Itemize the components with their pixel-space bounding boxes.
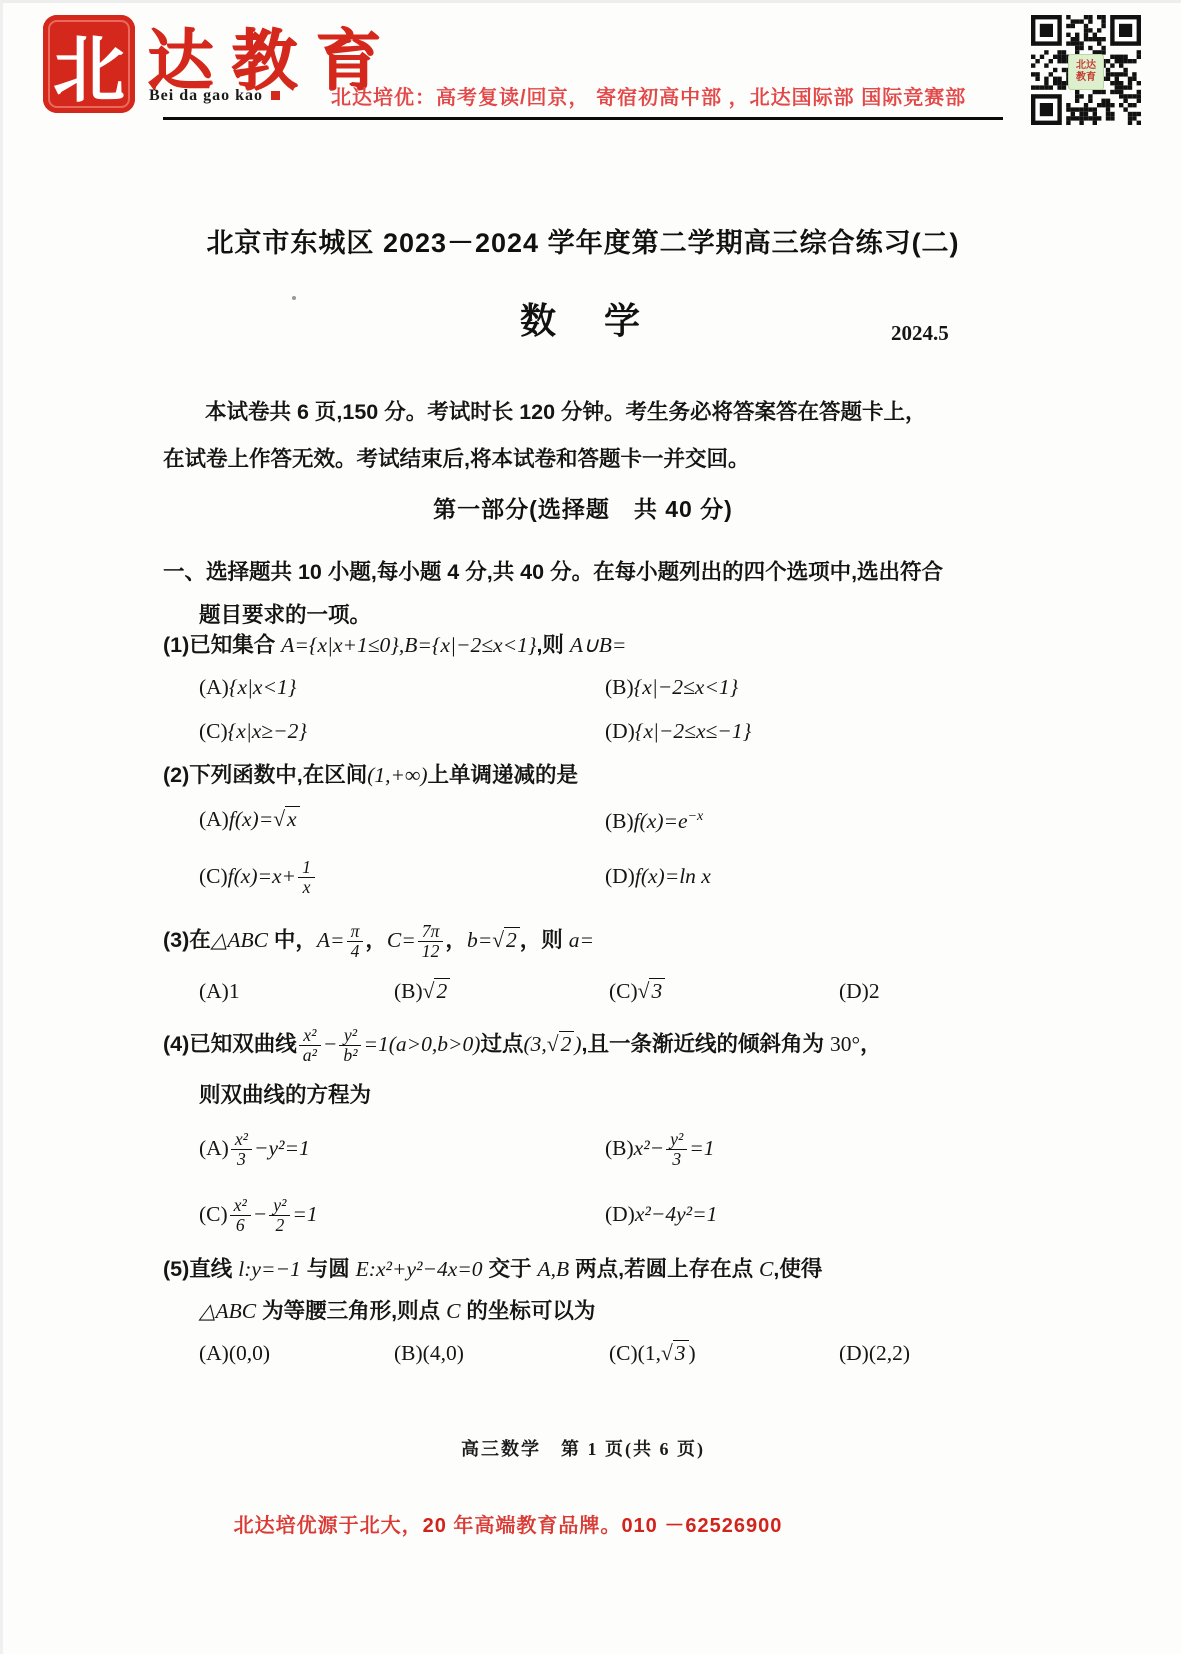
option-label: (D) [839, 979, 869, 1003]
question-5-option-A: (A)(0,0) [199, 1333, 394, 1373]
option-label: (D) [839, 1341, 869, 1365]
fraction: 1x [298, 858, 315, 898]
option-label: (C) [199, 719, 228, 743]
header-slogan: 北达培优：高考复读/回京， 寄宿初高中部 ，北达国际部 国际竞赛部 [331, 81, 966, 110]
question-5-stem: (5)直线 l:y=−1 与圆 E:x²+y²−4x=0 交于 A,B 两点,若… [163, 1249, 1013, 1289]
question-3: (3)在△ABC 中，A=π4，C=7π12，b=√2，则 a=(A)1(B)√… [163, 911, 1013, 1011]
question-4-option-B: (B)x²−y²3=1 [605, 1117, 1013, 1179]
square-root: √2 [492, 927, 520, 952]
question-3-option-A: (A)1 [199, 971, 394, 1011]
question-4-stem-line2: 则双曲线的方程为 [163, 1075, 1013, 1115]
fraction: y²b² [339, 1026, 361, 1066]
question-4-options-row2: (C)x²6−y²2=1(D)x²−4y²=1 [199, 1183, 1013, 1245]
question-1-option-B: (B){x|−2≤x<1} [605, 667, 1013, 707]
option-label: (C) [609, 1341, 638, 1365]
question-3-option-B: (B)√2 [394, 971, 609, 1011]
question-2-option-D: (D)f(x)=ln x [605, 845, 1013, 907]
question-4-stem: (4)已知双曲线x²a²−y²b²=1(a>0,b>0)过点(3,√2),且一条… [163, 1015, 1013, 1073]
exam-page: 北 达教育 Bei da gao kao 北达培优：高考复读/回京， 寄宿初高中… [0, 0, 1181, 1654]
fraction: x²3 [231, 1130, 252, 1170]
section-heading: 第一部分(选择题 共 40 分) [163, 491, 1003, 524]
option-label: (A) [199, 675, 229, 699]
fraction: x²a² [299, 1026, 321, 1066]
question-5-options-row1: (A)(0,0)(B)(4,0)(C)(1,√3)(D)(2,2) [199, 1333, 1013, 1373]
question-3-option-D: (D)2 [839, 971, 1013, 1011]
question-2-option-C: (C)f(x)=x+1x [199, 845, 605, 907]
question-list: (1)已知集合 A={x|x+1≤0},B={x|−2≤x<1},则 A∪B=(… [163, 625, 1013, 1377]
brand-subtitle: Bei da gao kao [149, 87, 280, 105]
qr-code: 北达 教育 [1031, 15, 1141, 127]
option-label: (D) [605, 719, 635, 743]
square-root: √3 [661, 1340, 689, 1365]
qr-center-logo: 北达 教育 [1068, 54, 1104, 90]
square-root: √x [273, 806, 299, 831]
option-label: (C) [609, 979, 638, 1003]
directions-line1: 一、选择题共 10 小题,每小题 4 分,共 40 分。在每小题列出的四个选项中… [163, 551, 983, 594]
square-root: √2 [547, 1031, 575, 1056]
fraction: y²3 [666, 1130, 687, 1170]
fraction: π4 [347, 922, 364, 962]
instructions-line1: 本试卷共 6 页,150 分。考试时长 120 分钟。考生务必将答案答在答题卡上… [163, 389, 975, 436]
option-label: (B) [605, 675, 634, 699]
option-label: (D) [605, 864, 635, 888]
question-1-stem: (1)已知集合 A={x|x+1≤0},B={x|−2≤x<1},则 A∪B= [163, 625, 1013, 665]
red-square-icon [271, 91, 280, 100]
question-3-option-C: (C)√3 [609, 971, 839, 1011]
option-label: (A) [199, 1136, 229, 1160]
option-label: (B) [605, 1136, 634, 1160]
fraction: x²6 [230, 1196, 251, 1236]
square-root: √3 [638, 978, 666, 1003]
question-1: (1)已知集合 A={x|x+1≤0},B={x|−2≤x<1},则 A∪B=(… [163, 625, 1013, 751]
question-1-option-A: (A){x|x<1} [199, 667, 605, 707]
subject-title: 数 学 [163, 293, 1003, 344]
option-label: (B) [605, 809, 634, 833]
question-2-options-row1: (A)f(x)=√x(B)f(x)=e−x [199, 797, 1013, 841]
question-4-option-A: (A)x²3−y²=1 [199, 1117, 605, 1179]
exam-instructions: 本试卷共 6 页,150 分。考试时长 120 分钟。考生务必将答案答在答题卡上… [163, 389, 975, 483]
question-5-option-C: (C)(1,√3) [609, 1333, 839, 1373]
question-5-stem-line2: △ABC 为等腰三角形,则点 C 的坐标可以为 [163, 1291, 1013, 1331]
exam-title: 北京市东城区 2023－2024 学年度第二学期高三综合练习(二) [163, 221, 1003, 260]
question-3-stem: (3)在△ABC 中，A=π4，C=7π12，b=√2，则 a= [163, 911, 1013, 969]
option-label: (A) [199, 979, 229, 1003]
question-2-stem: (2)下列函数中,在区间(1,+∞)上单调递减的是 [163, 755, 1013, 795]
footer-phone: 010 －62526900 [621, 1515, 782, 1537]
question-3-options-row1: (A)1(B)√2(C)√3(D)2 [199, 971, 1013, 1011]
question-1-options-row2: (C){x|x≥−2}(D){x|−2≤x≤−1} [199, 711, 1013, 751]
question-4: (4)已知双曲线x²a²−y²b²=1(a>0,b>0)过点(3,√2),且一条… [163, 1015, 1013, 1245]
question-1-option-C: (C){x|x≥−2} [199, 711, 605, 751]
question-2: (2)下列函数中,在区间(1,+∞)上单调递减的是(A)f(x)=√x(B)f(… [163, 755, 1013, 907]
question-5-option-B: (B)(4,0) [394, 1333, 609, 1373]
option-label: (B) [394, 979, 423, 1003]
brand-seal-icon: 北 [43, 15, 135, 113]
question-2-option-A: (A)f(x)=√x [199, 799, 605, 839]
question-1-option-D: (D){x|−2≤x≤−1} [605, 711, 1013, 751]
fraction: 7π12 [418, 922, 444, 962]
option-label: (A) [199, 807, 229, 831]
page-number-label: 高三数学 第 1 页(共 6 页) [163, 1435, 1003, 1461]
question-2-option-B: (B)f(x)=e−x [605, 797, 1013, 841]
fraction: y²2 [269, 1196, 290, 1236]
instructions-line2: 在试卷上作答无效。考试结束后,将本试卷和答题卡一并交回。 [163, 436, 975, 483]
option-label: (C) [199, 1202, 228, 1226]
header-rule [163, 117, 1003, 120]
question-1-options-row1: (A){x|x<1}(B){x|−2≤x<1} [199, 667, 1013, 707]
exam-date: 2024.5 [891, 321, 949, 346]
question-5: (5)直线 l:y=−1 与圆 E:x²+y²−4x=0 交于 A,B 两点,若… [163, 1249, 1013, 1373]
question-4-option-D: (D)x²−4y²=1 [605, 1183, 1013, 1245]
footer-promo: 北达培优源于北大，20 年高端教育品牌。010 －62526900 [3, 1509, 1013, 1538]
question-2-options-row2: (C)f(x)=x+1x(D)f(x)=ln x [199, 845, 1013, 907]
square-root: √2 [423, 978, 451, 1003]
option-label: (A) [199, 1341, 229, 1365]
option-label: (D) [605, 1202, 635, 1226]
question-4-options-row1: (A)x²3−y²=1(B)x²−y²3=1 [199, 1117, 1013, 1179]
option-label: (B) [394, 1341, 423, 1365]
question-4-option-C: (C)x²6−y²2=1 [199, 1183, 605, 1245]
question-5-option-D: (D)(2,2) [839, 1333, 1013, 1373]
option-label: (C) [199, 864, 228, 888]
